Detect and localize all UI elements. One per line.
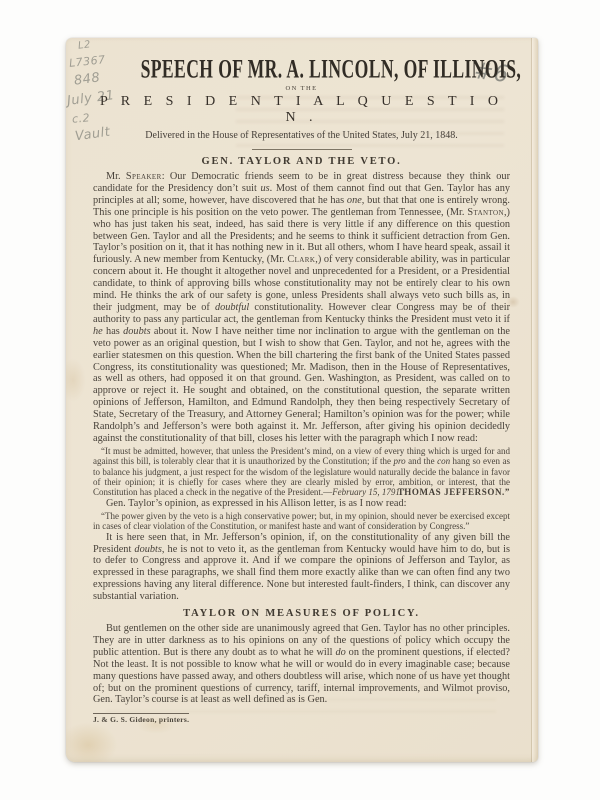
masthead: SPEECH OF MR. A. LINCOLN, OF ILLINOIS, O… xyxy=(93,52,510,150)
pencil-call-number-line: L2 xyxy=(77,39,91,51)
page-title: SPEECH OF MR. A. LINCOLN, OF ILLINOIS, xyxy=(141,54,522,85)
printer-imprint-wrap: J. & G. S. Gideon, printers. xyxy=(93,709,510,727)
scan-background: { "annotations": { "pencil_notes": ["L2"… xyxy=(0,0,600,800)
page-title-wrap: SPEECH OF MR. A. LINCOLN, OF ILLINOIS, xyxy=(93,52,510,84)
subtitle: P R E S I D E N T I A L Q U E S T I O N … xyxy=(93,94,510,126)
subtitle-prefix: ON THE xyxy=(93,85,510,92)
paper-stain xyxy=(66,722,118,762)
divider-rule xyxy=(252,149,352,150)
blockquote-taylor-allison: “The power given by the veto is a high c… xyxy=(93,511,510,532)
section-heading-policy: TAYLOR ON MEASURES OF POLICY. xyxy=(93,608,510,619)
paper-stain xyxy=(66,358,86,402)
delivery-line: Delivered in the House of Representative… xyxy=(93,130,510,141)
printer-imprint: J. & G. S. Gideon, printers. xyxy=(93,713,189,724)
pamphlet-page: L2 L7367 848 July 21 c.2 Vault #6 SPEECH… xyxy=(66,38,538,762)
speech-body: GEN. TAYLOR AND THE VETO. Mr. Speaker: O… xyxy=(93,156,510,727)
body-paragraph-4: But gentlemen on the other side are unan… xyxy=(93,623,510,706)
page-crease xyxy=(531,38,532,762)
body-paragraph-3: It is here seen that, in Mr. Jefferson’s… xyxy=(93,532,510,603)
page-edge xyxy=(532,38,538,762)
pencil-copy-note: c.2 xyxy=(71,111,90,126)
section-heading-veto: GEN. TAYLOR AND THE VETO. xyxy=(93,156,510,167)
body-paragraph-1: Mr. Speaker: Our Democratic friends seem… xyxy=(93,171,510,445)
body-paragraph-2: Gen. Taylor’s opinion, as expressed in h… xyxy=(93,498,510,510)
